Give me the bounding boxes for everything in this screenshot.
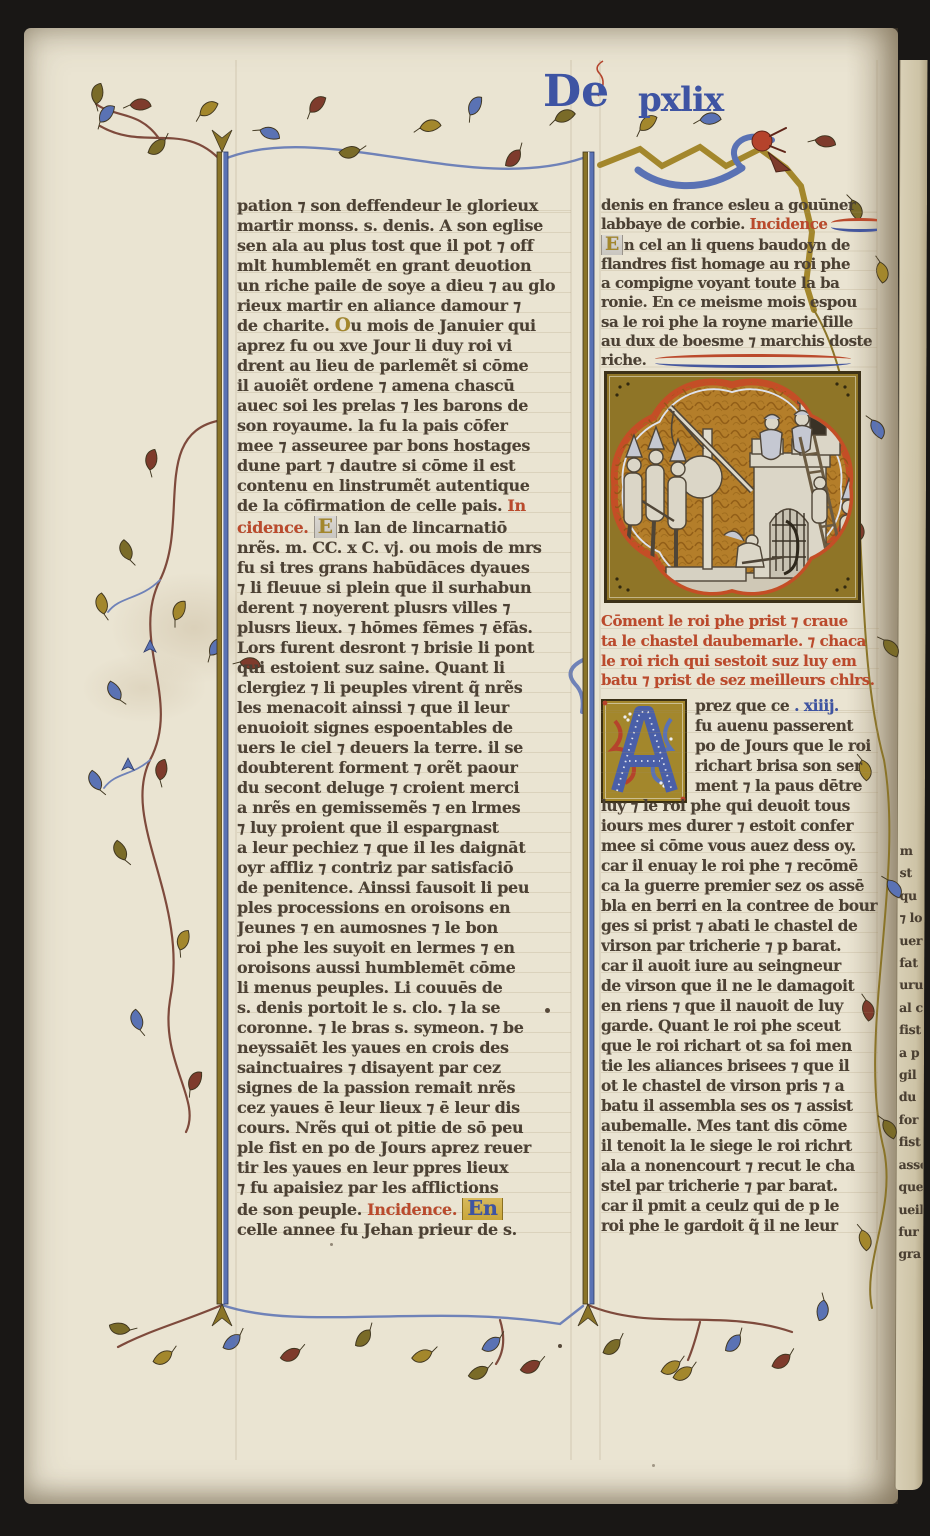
text-fragment: m — [900, 840, 924, 862]
left-text-column: pation ⁊ son deffendeur le glorieuxmarti… — [237, 196, 571, 1238]
text-line: a nrẽs en gemissemẽs ⁊ en lrmes — [237, 798, 571, 818]
text-line: coronne. ⁊ le bras s. symeon. ⁊ be — [237, 1018, 571, 1038]
text-line: denis en france esleu a gouūner — [601, 196, 877, 215]
rubric-line: ta le chastel daubemarle. ⁊ chaca — [601, 632, 879, 652]
text-line: mee si cōme vous auez dess oy. — [601, 836, 878, 856]
text-line: celle annee fu Jehan prieur de s. — [237, 1220, 571, 1240]
text-fragment: gra — [898, 1243, 922, 1265]
text-fragment: fist — [899, 1019, 923, 1041]
text-fragment: gil — [899, 1064, 923, 1086]
text-line: un riche paile de soye a dieu ⁊ au glo — [237, 276, 571, 296]
text-line: de penitence. Ainssi fausoit li peu — [237, 878, 571, 898]
rubric-line: le roi rich qui sestoit suz luy em — [601, 652, 879, 672]
text-line: virson par tricherie ⁊ p barat. — [601, 936, 878, 956]
text-line: enuoioit signes espoentables de — [237, 718, 571, 738]
text-line: auec soi les prelas ⁊ les barons de — [237, 396, 571, 416]
text-line: doubterent forment ⁊ orẽt paour — [237, 758, 571, 778]
text-line: prez que ce . xiiij. — [695, 696, 878, 716]
text-line: a compigne voyant toute la ba — [601, 274, 877, 293]
text-line: fu auenu passerent — [695, 716, 878, 736]
text-fragment: que — [899, 1176, 923, 1198]
text-fragment: ueil — [898, 1198, 922, 1220]
text-line: sen ala au plus tost que il pot ⁊ off — [237, 236, 571, 256]
text-line: ⁊ fu apaisiez par les afflictions — [237, 1178, 571, 1198]
text-line: pation ⁊ son deffendeur le glorieux — [237, 196, 571, 216]
text-line: li menus peuples. Li couuēs de — [237, 978, 571, 998]
text-line: signes de la passion remait nrẽs — [237, 1078, 571, 1098]
text-line: contenu en linstrumẽt autentique — [237, 476, 571, 496]
text-line: oyr affliz ⁊ contriz par satisfaciō — [237, 858, 571, 878]
text-line: a leur pechiez ⁊ que il les daignāt — [237, 838, 571, 858]
text-line: rieux martir en aliance damour ⁊ — [237, 296, 571, 316]
text-line: aubemalle. Mes tant dis cōme — [601, 1116, 878, 1136]
text-line: labbaye de corbie. Incidence — [601, 215, 877, 234]
text-line: ronie. En ce meisme mois espou — [601, 293, 877, 312]
chapter-text-column: prez que ce . xiiij.fu auenu passerentpo… — [601, 696, 878, 1238]
text-line: flandres fist homage au roi phe — [601, 255, 877, 274]
text-line: les menacoit ainssi ⁊ que il leur — [237, 698, 571, 718]
text-line: aprez fu ou xve Jour li duy roi vi — [237, 336, 571, 356]
text-line: mlt humblemẽt en grant deuotion — [237, 256, 571, 276]
text-line: Lors furent desront ⁊ brisie li pont — [237, 638, 571, 658]
ink-speck — [545, 1008, 550, 1013]
text-line: Jeunes ⁊ en aumosnes ⁊ le bon — [237, 918, 571, 938]
text-line: car il auoit iure au seingneur — [601, 956, 878, 976]
text-line: riche. — [601, 351, 877, 370]
text-line: oroisons aussi humblemēt cōme — [237, 958, 571, 978]
text-line: uers le ciel ⁊ deuers la terre. il se — [237, 738, 571, 758]
text-line: luy ⁊ le roi phe qui deuoit tous — [601, 796, 878, 816]
text-line: tie les aliances brisees ⁊ que il — [601, 1056, 878, 1076]
folio-number: pxlix — [638, 80, 723, 120]
text-line: derent ⁊ noyerent plusrs villes ⁊ — [237, 598, 571, 618]
text-fragment: qu — [900, 885, 924, 907]
text-line: s. denis portoit le s. clo. ⁊ la se — [237, 998, 571, 1018]
rubric-line: Cōment le roi phe prist ⁊ craue — [601, 612, 879, 632]
text-line: en riens ⁊ que il nauoit de luy — [601, 996, 878, 1016]
text-line: il tenoit la le siege le roi richrt — [601, 1136, 878, 1156]
text-line: sa le roi phe la royne marie fille — [601, 313, 877, 332]
text-line: ples processions en oroisons en — [237, 898, 571, 918]
text-fragment: ⁊ lo — [899, 907, 923, 929]
text-fragment: fur — [898, 1221, 922, 1243]
text-line: mee ⁊ asseuree par bons hostages — [237, 436, 571, 456]
text-line: ot le chastel de virson pris ⁊ a — [601, 1076, 878, 1096]
text-fragment: st — [900, 862, 924, 884]
text-line: au dux de boesme ⁊ marchis doste — [601, 332, 877, 351]
text-line: neyssaiēt les yaues en crois des — [237, 1038, 571, 1058]
text-fragment: uer — [899, 930, 923, 952]
text-line: nrẽs. m. CC. x C. vj. ou mois de mrs — [237, 538, 571, 558]
text-line: roi phe le gardoit q̃ il ne leur — [601, 1216, 878, 1236]
rubric-line: batu ⁊ prist de sez meilleurs chlrs. — [601, 671, 879, 691]
right-text-column-top: denis en france esleu a gouūnerlabbaye d… — [601, 196, 877, 370]
text-line: sainctuaires ⁊ disayent par cez — [237, 1058, 571, 1078]
chapter-rubric: Cōment le roi phe prist ⁊ craueta le cha… — [601, 612, 879, 692]
text-line: ⁊ luy proient que il espargnast — [237, 818, 571, 838]
text-line: que le roi richart ot sa foi men — [601, 1036, 878, 1056]
text-line: clergiez ⁊ li peuples virent q̃ nrẽs — [237, 678, 571, 698]
text-fragment: for — [899, 1109, 923, 1131]
text-line: dune part ⁊ dautre si cōme il est — [237, 456, 571, 476]
ink-speck — [558, 1344, 562, 1348]
ink-speck — [330, 1243, 333, 1246]
siege-miniature — [604, 371, 861, 603]
text-line: En cel an li quens baudoyn de — [601, 235, 877, 255]
text-line: po de Jours que le roi — [695, 736, 878, 756]
text-line: plusrs lieux. ⁊ hōmes fēmes ⁊ ēfās. — [237, 618, 571, 638]
text-fragment: fat — [899, 952, 923, 974]
text-line: ment ⁊ la paus dētre — [695, 776, 878, 796]
text-line: ⁊ li fleuue si plein que il surhabun — [237, 578, 571, 598]
text-fragment: al c — [899, 997, 923, 1019]
text-line: ple fist en po de Jours aprez reuer — [237, 1138, 571, 1158]
text-line: iours mes durer ⁊ estoit confer — [601, 816, 878, 836]
text-line: son royaume. la fu la pais cōfer — [237, 416, 571, 436]
text-line: richart brisa son ser — [695, 756, 878, 776]
text-line: du secont deluge ⁊ croient merci — [237, 778, 571, 798]
text-line: garde. Quant le roi phe sceut — [601, 1016, 878, 1036]
text-line: car il enuay le roi phe ⁊ recōmē — [601, 856, 878, 876]
text-fragment: asse — [899, 1154, 923, 1176]
next-page-edge: mstqu⁊ louerfaturual cfista pgilduforfis… — [895, 60, 928, 1490]
text-line: batu il assembla ses os ⁊ assist — [601, 1096, 878, 1116]
text-line: de son peuple. Incidence. En — [237, 1198, 571, 1220]
text-line: ca la guerre premier sez os assē — [601, 876, 878, 896]
text-line: tir les yaues en leur ppres lieux — [237, 1158, 571, 1178]
text-line: ges si prist ⁊ abati le chastel de — [601, 916, 878, 936]
text-line: ala a nonencourt ⁊ recut le cha — [601, 1156, 878, 1176]
text-line: cidence. En lan de lincarnatiō — [237, 516, 571, 538]
text-line: stel par tricherie ⁊ par barat. — [601, 1176, 878, 1196]
text-line: de la cōfirmation de celle pais. In — [237, 496, 571, 516]
text-fragment: du — [899, 1086, 923, 1108]
text-line: cours. Nrẽs qui ot pitie de sō peu — [237, 1118, 571, 1138]
text-fragment: fist — [899, 1131, 923, 1153]
text-line: martir monss. s. denis. A son eglise — [237, 216, 571, 236]
text-line: de charite. Ou mois de Januier qui — [237, 316, 571, 336]
text-line: drent au lieu de parlemẽt si cōme — [237, 356, 571, 376]
text-line: roi phe les suyoit en lermes ⁊ en — [237, 938, 571, 958]
text-fragment: uru — [899, 974, 923, 996]
next-page-text-fragments: mstqu⁊ louerfaturual cfista pgilduforfis… — [898, 840, 923, 1266]
text-line: car il pmit a ceulz qui de p le — [601, 1196, 878, 1216]
text-line: de virson que il ne le damagoit — [601, 976, 878, 996]
text-fragment: a p — [899, 1042, 923, 1064]
ink-speck — [652, 1464, 655, 1467]
text-line: bla en berri en la contree de bour — [601, 896, 878, 916]
text-line: qui estoient suz saine. Quant li — [237, 658, 571, 678]
running-title: De — [543, 66, 609, 117]
text-line: il auoiẽt ordene ⁊ amena chascū — [237, 376, 571, 396]
text-line: fu si tres grans habūdāces dyaues — [237, 558, 571, 578]
text-line: cez yaues ē leur lieux ⁊ ē leur dis — [237, 1098, 571, 1118]
